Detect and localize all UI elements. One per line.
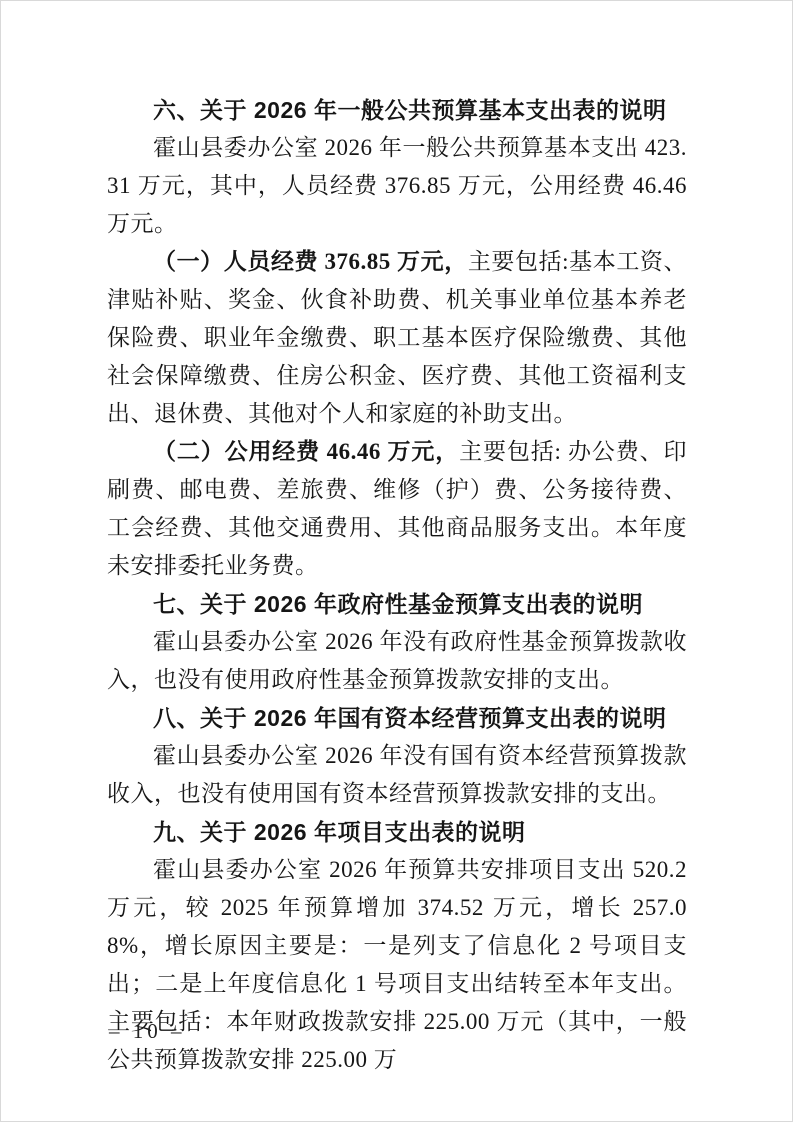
section-heading-government-fund: 七、关于 2026 年政府性基金预算支出表的说明 <box>107 585 687 623</box>
page-number: – 10 – <box>109 1019 186 1044</box>
paragraph-state-capital: 霍山县委办公室 2026 年没有国有资本经营预算拨款收入，也没有使用国有资本经营… <box>107 737 687 813</box>
paragraph-personnel-funds: （一）人员经费 376.85 万元，主要包括:基本工资、津贴补贴、奖金、伙食补助… <box>107 243 687 433</box>
paragraph-text: 霍山县委办公室 2026 年没有国有资本经营预算拨款收入，也没有使用国有资本经营… <box>107 743 687 806</box>
document-body: 六、关于 2026 年一般公共预算基本支出表的说明 霍山县委办公室 2026 年… <box>107 91 687 1079</box>
paragraph-text: 主要包括:基本工资、津贴补贴、奖金、伙食补助费、机关事业单位基本养老保险费、职业… <box>107 249 687 426</box>
section-heading-state-capital: 八、关于 2026 年国有资本经营预算支出表的说明 <box>107 699 687 737</box>
paragraph-government-fund: 霍山县委办公室 2026 年没有政府性基金预算拨款收入，也没有使用政府性基金预算… <box>107 623 687 699</box>
section-heading-basic-expenditure: 六、关于 2026 年一般公共预算基本支出表的说明 <box>107 91 687 129</box>
paragraph-lead: （一）人员经费 376.85 万元， <box>153 249 468 274</box>
paragraph-text: 霍山县委办公室 2026 年没有政府性基金预算拨款收入，也没有使用政府性基金预算… <box>107 629 687 692</box>
paragraph-public-funds: （二）公用经费 46.46 万元，主要包括: 办公费、印刷费、邮电费、差旅费、维… <box>107 433 687 585</box>
paragraph-text: 霍山县委办公室 2026 年预算共安排项目支出 520.2 万元，较 2025 … <box>107 857 687 1072</box>
paragraph-basic-expenditure: 霍山县委办公室 2026 年一般公共预算基本支出 423.31 万元，其中，人员… <box>107 129 687 243</box>
section-heading-project-expenditure: 九、关于 2026 年项目支出表的说明 <box>107 813 687 851</box>
paragraph-text: 霍山县委办公室 2026 年一般公共预算基本支出 423.31 万元，其中，人员… <box>107 135 687 236</box>
document-page: 六、关于 2026 年一般公共预算基本支出表的说明 霍山县委办公室 2026 年… <box>0 0 793 1122</box>
paragraph-project-expenditure: 霍山县委办公室 2026 年预算共安排项目支出 520.2 万元，较 2025 … <box>107 851 687 1079</box>
paragraph-lead: （二）公用经费 46.46 万元， <box>153 439 459 464</box>
